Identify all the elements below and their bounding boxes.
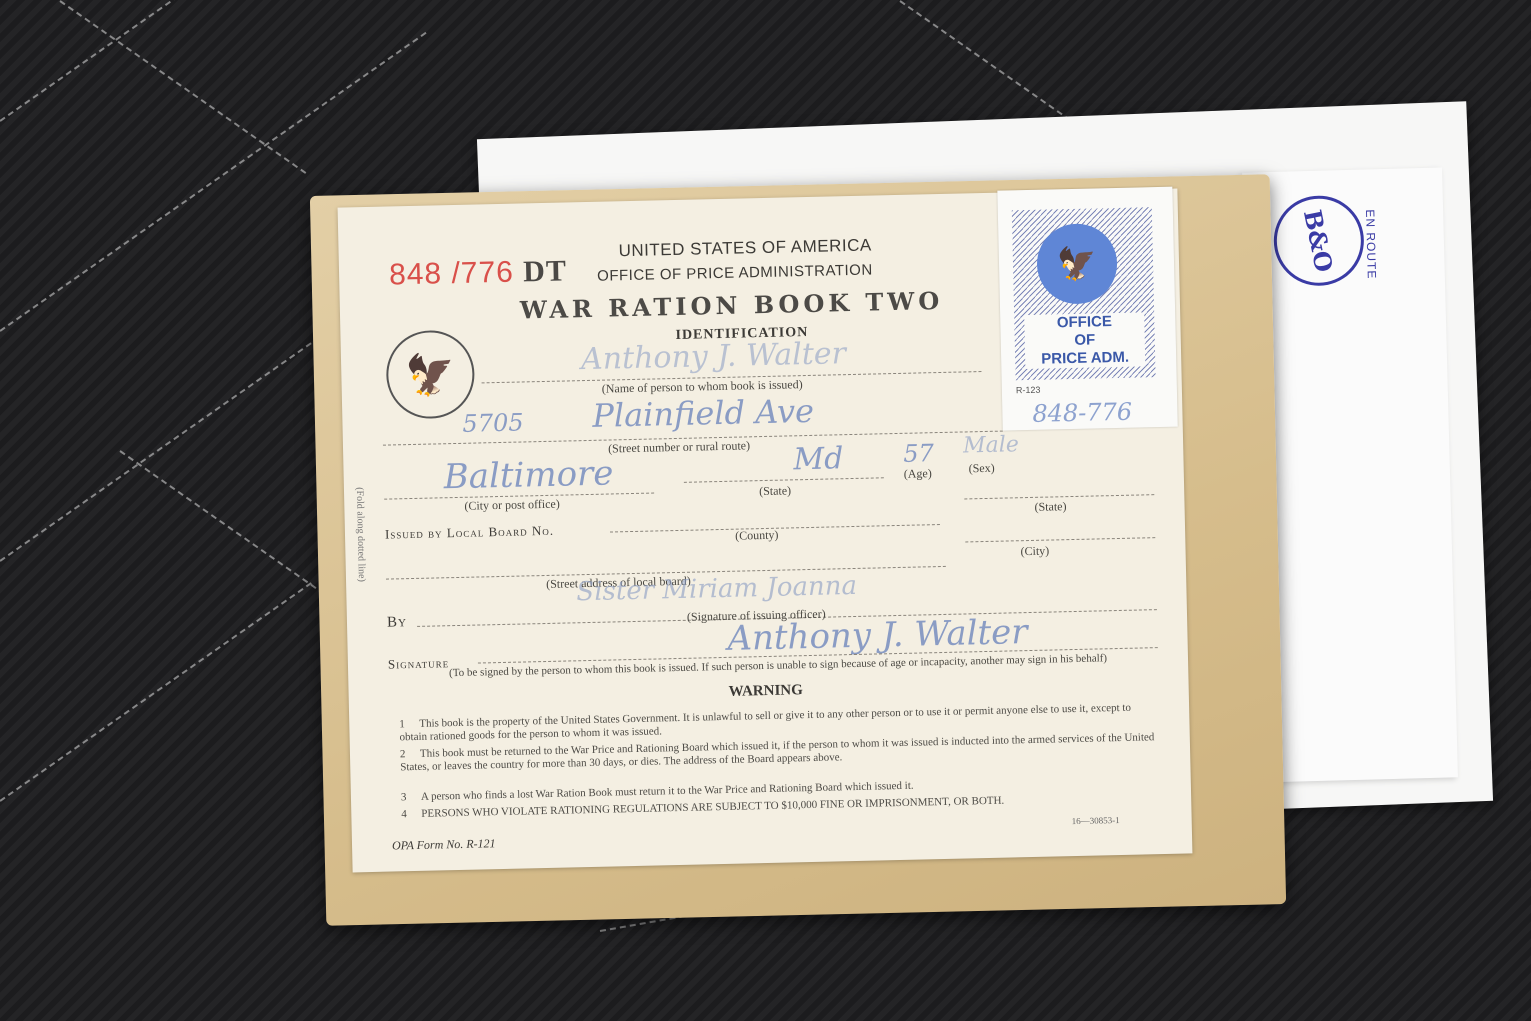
quilt-stitch: [0, 0, 345, 122]
opa-stamp: 🦅 OFFICE OF PRICE ADM. R-123 848-776: [997, 187, 1177, 431]
name-value: Anthony J. Walter: [581, 336, 847, 377]
serial-number: 848 /776 DT: [389, 254, 568, 292]
bo-logo: B&O: [1266, 188, 1372, 294]
print-code: 16—30853-1: [1072, 815, 1120, 826]
war-ration-book: 848 /776 DT UNITED STATES OF AMERICA OFF…: [338, 189, 1193, 873]
book-title: WAR RATION BOOK TWO: [520, 286, 944, 325]
quilt-stitch: [0, 582, 312, 802]
warning-title: WARNING: [728, 682, 803, 701]
quilt-stitch: [59, 0, 306, 174]
eagle-seal-icon: 🦅: [1036, 223, 1118, 305]
eagle-seal-icon: 🦅: [385, 330, 475, 420]
fold-note: (Fold along dotted line): [354, 487, 367, 582]
stamp-handwritten-number: 848-776: [1032, 398, 1132, 428]
header-usa: UNITED STATES OF AMERICA: [618, 236, 872, 262]
form-number: OPA Form No. R-121: [392, 836, 496, 853]
en-route-label: EN ROUTE: [1363, 209, 1379, 279]
quilt-stitch: [0, 331, 328, 562]
header-opa: OFFICE OF PRICE ADMINISTRATION: [597, 261, 873, 284]
